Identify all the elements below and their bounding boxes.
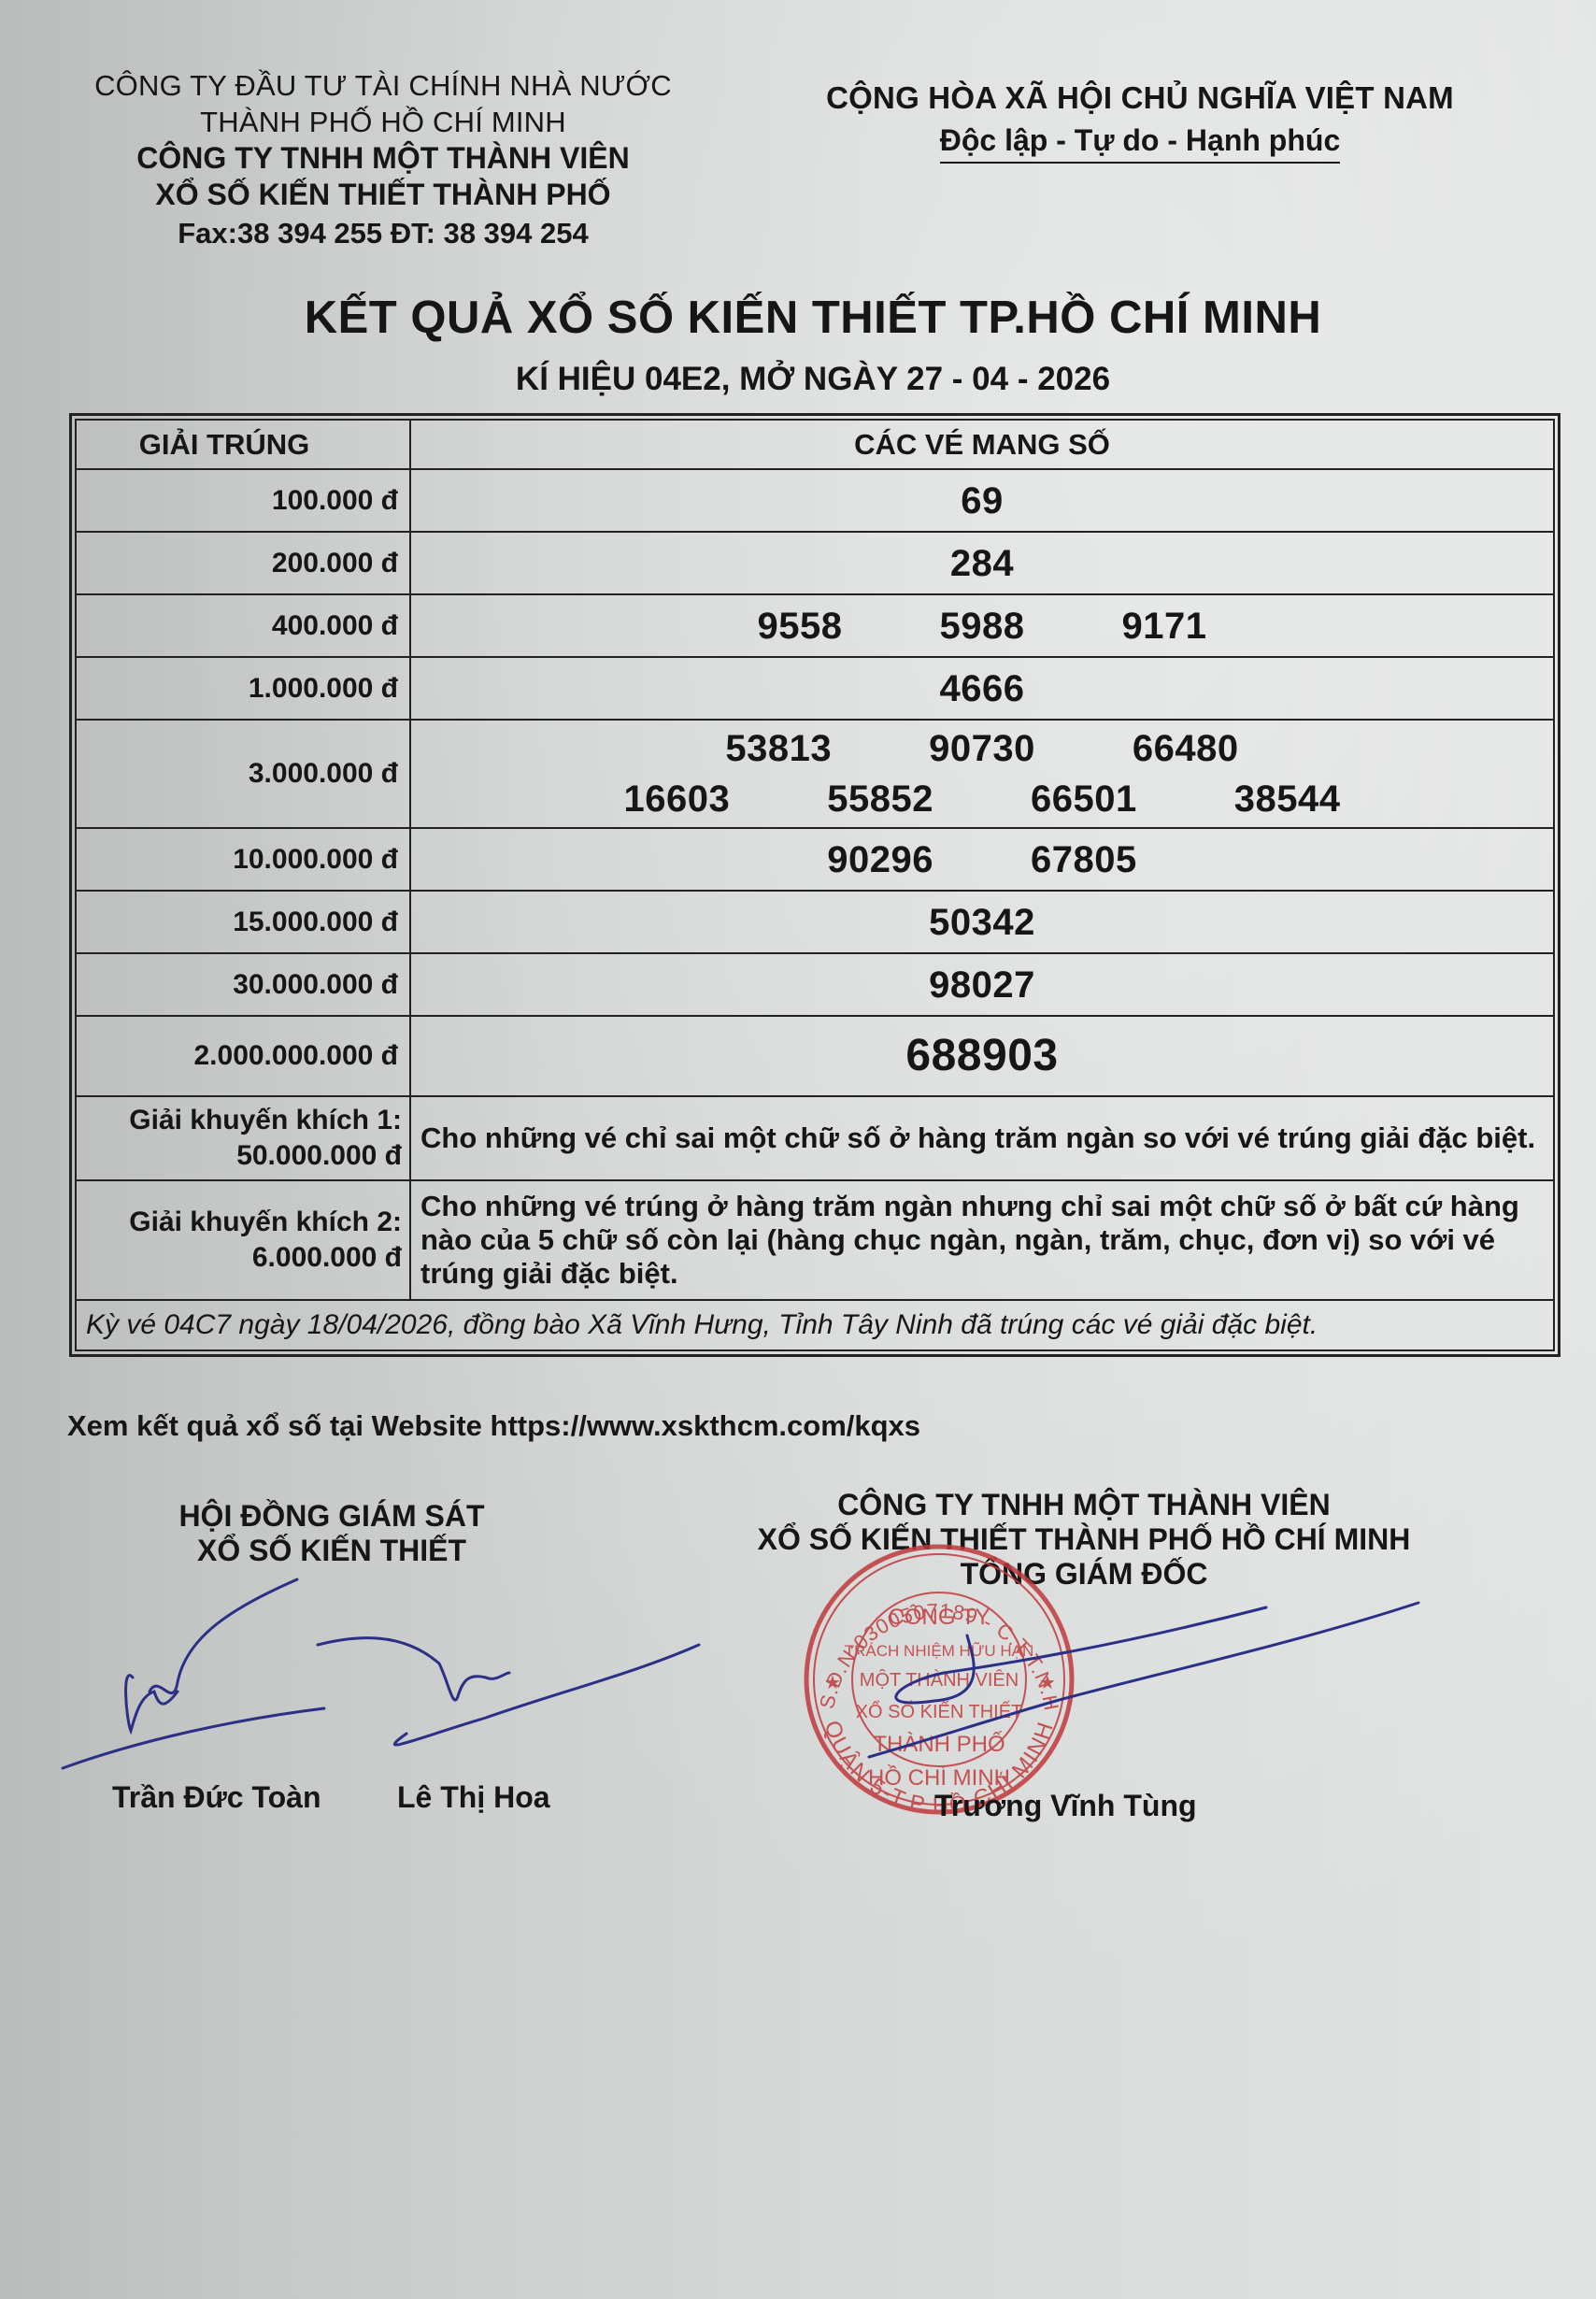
prize-row: 400.000 đ955859889171 [76,594,1554,657]
prize-amount: 15.000.000 đ [76,891,410,953]
prize-amount: 3.000.000 đ [76,720,410,828]
winning-number: 9171 [1121,601,1206,651]
signer-tran-duc-toan: Trần Đức Toàn [112,1780,321,1815]
winning-number: 9558 [758,601,843,651]
winning-numbers: 69 [410,469,1554,532]
winning-number: 67805 [1031,835,1137,885]
consolation-amount: 50.000.000 đ [77,1138,402,1174]
prize-amount: 10.000.000 đ [76,828,410,891]
number-line: 284 [411,538,1553,589]
winning-number: 4666 [940,664,1025,714]
number-line: 9029667805 [411,835,1553,885]
company-line1: CÔNG TY TNHH MỘT THÀNH VIÊN [56,140,710,177]
prize-row: 2.000.000.000 đ688903 [76,1016,1554,1096]
number-line: 4666 [411,664,1553,714]
footnote-row: Kỳ vé 04C7 ngày 18/04/2026, đồng bào Xã … [76,1300,1554,1350]
supervisory-line2: XỔ SỐ KIẾN THIẾT [140,1534,523,1568]
winning-number: 98027 [929,960,1035,1010]
prize-row: 1.000.000 đ4666 [76,657,1554,720]
company-sign-line1: CÔNG TY TNHH MỘT THÀNH VIÊN [710,1488,1458,1522]
results-table-frame: GIẢI TRÚNG CÁC VÉ MANG SỐ 100.000 đ69200… [69,413,1560,1357]
prize-row: 30.000.000 đ98027 [76,953,1554,1016]
winning-numbers: 284 [410,532,1554,594]
winning-number: 284 [950,538,1014,589]
winning-number: 69 [961,476,1004,526]
republic-name: CỘNG HÒA XÃ HỘI CHỦ NGHĨA VIỆT NAM [804,80,1476,116]
consolation-title: Giải khuyến khích 1: [77,1103,402,1138]
winning-numbers: 50342 [410,891,1554,953]
previous-jackpot-note: Kỳ vé 04C7 ngày 18/04/2026, đồng bào Xã … [76,1300,1554,1350]
winning-number: 50342 [929,897,1035,948]
document-title: KẾT QUẢ XỔ SỐ KIẾN THIẾT TP.HỒ CHÍ MINH [0,292,1596,344]
winning-number: 5988 [940,601,1025,651]
company-line2: XỔ SỐ KIẾN THIẾT THÀNH PHỐ [56,177,710,213]
winning-number: 688903 [905,1031,1058,1081]
consolation-row: Giải khuyến khích 1:50.000.000 đCho nhữn… [76,1096,1554,1180]
number-line: 955859889171 [411,601,1553,651]
consolation-title: Giải khuyến khích 2: [77,1205,402,1240]
company-sign-line3: TỔNG GIÁM ĐỐC [710,1557,1458,1592]
prize-row: 15.000.000 đ50342 [76,891,1554,953]
national-header: CỘNG HÒA XÃ HỘI CHỦ NGHĨA VIỆT NAM Độc l… [804,80,1476,164]
winning-number: 90296 [827,835,933,885]
number-line: 16603558526650138544 [411,774,1553,824]
consolation-description: Cho những vé chỉ sai một chữ số ở hàng t… [410,1096,1554,1180]
consolation-amount: 6.000.000 đ [77,1240,402,1276]
prize-amount: 30.000.000 đ [76,953,410,1016]
prize-amount: 200.000 đ [76,532,410,594]
number-line: 538139073066480 [411,723,1553,774]
number-line: 69 [411,476,1553,526]
parent-company-line2: THÀNH PHỐ HỒ CHÍ MINH [56,104,710,140]
winning-number: 90730 [929,723,1035,774]
prize-row: 200.000 đ284 [76,532,1554,594]
winning-number: 66480 [1133,723,1239,774]
winning-number: 53813 [725,723,832,774]
consolation-description: Cho những vé trúng ở hàng trăm ngàn nhưn… [410,1180,1554,1300]
consolation-label: Giải khuyến khích 1:50.000.000 đ [76,1096,410,1180]
table-header-row: GIẢI TRÚNG CÁC VÉ MANG SỐ [76,420,1554,469]
prize-amount: 400.000 đ [76,594,410,657]
prize-row: 100.000 đ69 [76,469,1554,532]
prize-amount: 100.000 đ [76,469,410,532]
header-prize: GIẢI TRÚNG [76,420,410,469]
winning-number: 16603 [624,774,731,824]
website-note: Xem kết quả xổ số tại Website https://ww… [67,1409,920,1443]
consolation-row: Giải khuyến khích 2:6.000.000 đCho những… [76,1180,1554,1300]
winning-numbers: 955859889171 [410,594,1554,657]
consolation-label: Giải khuyến khích 2:6.000.000 đ [76,1180,410,1300]
national-motto: Độc lập - Tự do - Hạnh phúc [940,123,1340,164]
signer-truong-vinh-tung: Trương Vĩnh Tùng [934,1789,1197,1823]
contact-info: Fax:38 394 255 ĐT: 38 394 254 [56,215,710,251]
number-line: 688903 [411,1031,1553,1081]
winning-numbers: 98027 [410,953,1554,1016]
winning-numbers: 4666 [410,657,1554,720]
draw-code-date: KÍ HIỆU 04E2, MỞ NGÀY 27 - 04 - 2026 [0,361,1596,398]
winning-number: 66501 [1031,774,1137,824]
number-line: 98027 [411,960,1553,1010]
winning-number: 38544 [1234,774,1341,824]
prize-row: 10.000.000 đ9029667805 [76,828,1554,891]
results-table: GIẢI TRÚNG CÁC VÉ MANG SỐ 100.000 đ69200… [75,419,1555,1351]
supervisory-line1: HỘI ĐỒNG GIÁM SÁT [140,1499,523,1534]
parent-company-line1: CÔNG TY ĐẦU TƯ TÀI CHÍNH NHÀ NƯỚC [56,67,710,104]
prize-amount: 2.000.000.000 đ [76,1016,410,1096]
number-line: 50342 [411,897,1553,948]
issuer-header: CÔNG TY ĐẦU TƯ TÀI CHÍNH NHÀ NƯỚC THÀNH … [56,67,710,251]
winning-numbers: 9029667805 [410,828,1554,891]
prize-row: 3.000.000 đ53813907306648016603558526650… [76,720,1554,828]
header-numbers: CÁC VÉ MANG SỐ [410,420,1554,469]
company-sign-line2: XỔ SỐ KIẾN THIẾT THÀNH PHỐ HỒ CHÍ MINH [710,1522,1458,1557]
prize-amount: 1.000.000 đ [76,657,410,720]
winning-numbers: 53813907306648016603558526650138544 [410,720,1554,828]
signer-le-thi-hoa: Lê Thị Hoa [397,1780,550,1815]
winning-numbers: 688903 [410,1016,1554,1096]
company-signature-title: CÔNG TY TNHH MỘT THÀNH VIÊN XỔ SỐ KIẾN T… [710,1488,1458,1592]
winning-number: 55852 [827,774,933,824]
supervisory-board-title: HỘI ĐỒNG GIÁM SÁT XỔ SỐ KIẾN THIẾT [140,1499,523,1568]
